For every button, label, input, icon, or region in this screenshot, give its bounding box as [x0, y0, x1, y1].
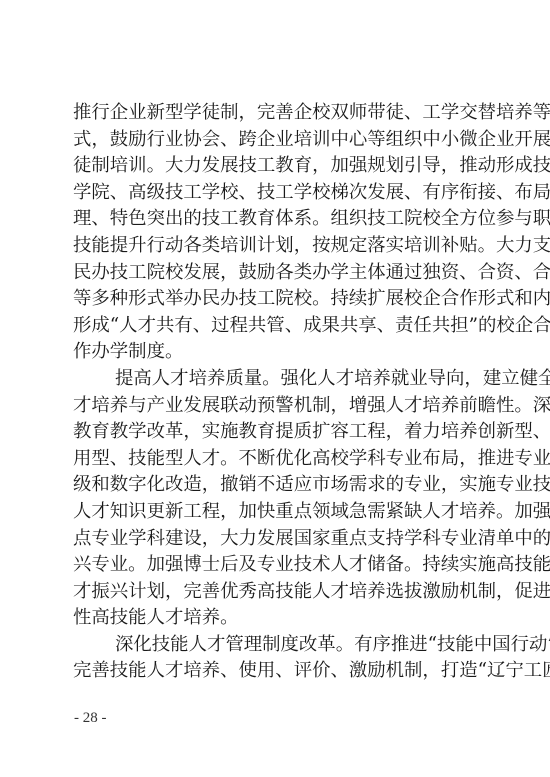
text-line: 式，鼓励行业协会、跨企业培训中心等组织中小微企业开展学 — [73, 127, 485, 154]
text-line: 民办技工院校发展，鼓励各类办学主体通过独资、合资、合作 — [73, 260, 485, 287]
text-line: 理、特色突出的技工教育体系。组织技工院校全方位参与职业 — [73, 206, 485, 233]
text-line: 教育教学改革，实施教育提质扩容工程，着力培养创新型、应 — [73, 419, 485, 446]
text-line: 性高技能人才培养。 — [73, 605, 485, 632]
text-line: 点专业学科建设，大力发展国家重点支持学科专业清单中的新 — [73, 526, 485, 553]
text-line: 才培养与产业发展联动预警机制，增强人才培养前瞻性。深化 — [73, 393, 485, 420]
text-line: 提高人才培养质量。强化人才培养就业导向，建立健全人 — [73, 366, 485, 393]
text-line: 技能提升行动各类培训计划，按规定落实培训补贴。大力支持 — [73, 233, 485, 260]
text-line: 才振兴计划，完善优秀高技能人才培养选拔激励机制，促进女 — [73, 579, 485, 606]
body-text: 推行企业新型学徒制，完善企校双师带徒、工学交替培养等模式，鼓励行业协会、跨企业培… — [73, 100, 485, 685]
text-line: 学院、高级技工学校、技工学校梯次发展、有序衔接、布局合 — [73, 180, 485, 207]
text-line: 深化技能人才管理制度改革。有序推进“技能中国行动”， — [73, 632, 485, 659]
text-line: 推行企业新型学徒制，完善企校双师带徒、工学交替培养等模 — [73, 100, 485, 127]
text-line: 形成“人才共有、过程共管、成果共享、责任共担”的校企合 — [73, 313, 485, 340]
text-line: 级和数字化改造，撤销不适应市场需求的专业，实施专业技术 — [73, 472, 485, 499]
text-line: 人才知识更新工程，加快重点领域急需紧缺人才培养。加强重 — [73, 499, 485, 526]
text-line: 用型、技能型人才。不断优化高校学科专业布局，推进专业升 — [73, 446, 485, 473]
page-number: - 28 - — [74, 710, 107, 727]
document-page: 推行企业新型学徒制，完善企校双师带徒、工学交替培养等模式，鼓励行业协会、跨企业培… — [0, 0, 550, 777]
text-line: 兴专业。加强博士后及专业技术人才储备。持续实施高技能人 — [73, 552, 485, 579]
text-line: 完善技能人才培养、使用、评价、激励机制，打造“辽宁工匠” — [73, 658, 485, 685]
text-line: 等多种形式举办民办技工院校。持续扩展校企合作形式和内容， — [73, 286, 485, 313]
text-line: 徒制培训。大力发展技工教育，加强规划引导，推动形成技师 — [73, 153, 485, 180]
text-line: 作办学制度。 — [73, 339, 485, 366]
